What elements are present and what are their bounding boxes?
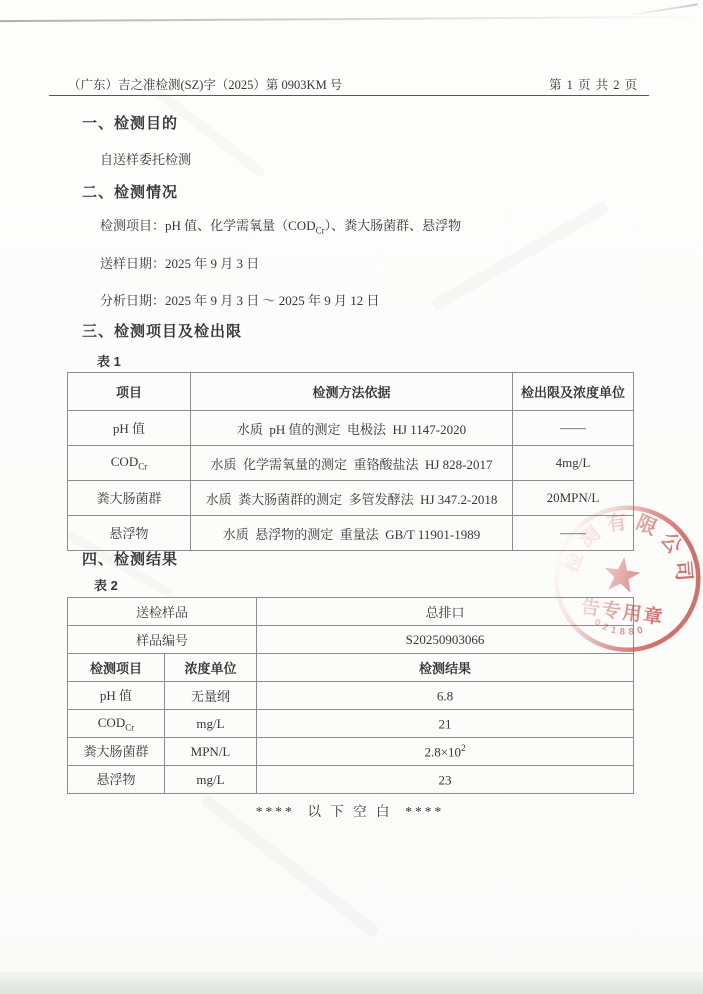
item-subscript: Cr <box>138 462 147 472</box>
t2-item: 悬浮物 <box>68 766 165 794</box>
section3-title: 三、检测项目及检出限 <box>82 320 242 341</box>
table-row: 检测项目 浓度单位 检测结果 <box>68 654 634 682</box>
table-row: 粪大肠菌群 水质 粪大肠菌群的测定 多管发酵法 HJ 347.2-2018 20… <box>68 481 634 516</box>
t2-unit: mg/L <box>165 710 257 738</box>
test-items-line: 检测项目：pH 值、化学需氧量（CODCr）、粪大肠菌群、悬浮物 <box>100 215 461 236</box>
report-page: （广东）吉之准检测(SZ)字（2025）第 0903KM 号 第 1 页 共 2… <box>0 0 703 994</box>
section4-title: 四、检测结果 <box>82 548 178 569</box>
item-text: 悬浮物 <box>96 772 135 787</box>
result-superscript: 2 <box>461 743 466 753</box>
item-subscript: Cr <box>125 722 134 732</box>
t1-method: 水质 pH 值的测定 电极法 HJ 1147-2020 <box>191 411 513 446</box>
header-rule <box>49 95 649 96</box>
table-row: pH 值 无量纲 6.8 <box>68 682 634 710</box>
t1-item: pH 值 <box>68 411 191 446</box>
analysis-date-line: 分析日期：2025 年 9 月 3 日 ～ 2025 年 9 月 12 日 <box>100 290 380 309</box>
t2-result: 2.8×102 <box>257 738 634 766</box>
scan-edge-artifact <box>626 3 697 16</box>
item-text: 粪大肠菌群 <box>83 744 148 759</box>
company-seal-stamp: 检测有限公司 告专用章 021880 <box>534 486 703 676</box>
t2-item: pH 值 <box>68 682 165 710</box>
table-methods: 项目 检测方法依据 检出限及浓度单位 pH 值 水质 pH 值的测定 电极法 H… <box>67 372 634 551</box>
page-indicator: 第 1 页 共 2 页 <box>549 75 638 93</box>
t2-info-label: 样品编号 <box>68 626 257 654</box>
result-text: 6.8 <box>437 688 453 703</box>
t1-limit: —— <box>513 411 634 446</box>
item-text: COD <box>98 715 125 730</box>
t2-header-unit: 浓度单位 <box>165 654 257 682</box>
t2-unit: MPN/L <box>165 738 257 766</box>
test-items-pre: 检测项目：pH 值、化学需氧量（COD <box>100 218 316 233</box>
seal-graphic: 检测有限公司 告专用章 021880 <box>534 486 703 676</box>
item-text: pH 值 <box>100 688 132 703</box>
test-items-post: ）、粪大肠菌群、悬浮物 <box>325 218 462 233</box>
t2-item: CODCr <box>68 710 165 738</box>
t2-unit: mg/L <box>165 766 257 794</box>
blank-below-marker: **** 以 下 空 白 **** <box>67 800 633 820</box>
t2-item: 粪大肠菌群 <box>68 738 165 766</box>
result-text: 23 <box>439 772 452 787</box>
t1-limit: 4mg/L <box>513 446 634 481</box>
send-date-line: 送样日期：2025 年 9 月 3 日 <box>100 253 259 272</box>
t2-unit: 无量纲 <box>165 682 257 710</box>
item-text: COD <box>111 454 138 469</box>
item-text: 悬浮物 <box>109 526 148 541</box>
test-items-subscript: Cr <box>316 226 325 236</box>
section1-body: 自送样委托检测 <box>100 149 191 168</box>
t1-method: 水质 粪大肠菌群的测定 多管发酵法 HJ 347.2-2018 <box>191 481 513 516</box>
t1-header-item: 项目 <box>68 373 191 411</box>
table-row: 粪大肠菌群 MPN/L 2.8×102 <box>68 738 634 766</box>
t2-result: 23 <box>257 766 634 794</box>
t1-header-limit: 检出限及浓度单位 <box>513 373 634 411</box>
t1-item: 悬浮物 <box>68 516 191 551</box>
result-text: 21 <box>439 716 452 731</box>
scan-edge-artifact <box>0 16 703 22</box>
seal-label-text: 告专用章 <box>579 595 665 629</box>
report-number: （广东）吉之准检测(SZ)字（2025）第 0903KM 号 <box>68 75 342 93</box>
t2-result: 6.8 <box>257 682 634 710</box>
table-row: CODCr 水质 化学需氧量的测定 重铬酸盐法 HJ 828-2017 4mg/… <box>68 446 634 481</box>
section1-title: 一、检测目的 <box>82 112 178 133</box>
t1-method: 水质 悬浮物的测定 重量法 GB/T 11901-1989 <box>191 516 513 551</box>
t1-header-method: 检测方法依据 <box>191 373 513 411</box>
t2-info-label: 送检样品 <box>68 598 257 626</box>
table-row: CODCr mg/L 21 <box>68 710 634 738</box>
scan-edge-artifact <box>0 972 703 994</box>
table2-label: 表 2 <box>94 575 118 594</box>
table-row: 项目 检测方法依据 检出限及浓度单位 <box>68 373 634 411</box>
t2-header-item: 检测项目 <box>68 654 165 682</box>
table1-label: 表 1 <box>97 351 121 370</box>
t1-item: 粪大肠菌群 <box>68 481 191 516</box>
t1-method: 水质 化学需氧量的测定 重铬酸盐法 HJ 828-2017 <box>191 446 513 481</box>
result-text: 2.8×10 <box>424 744 461 759</box>
table-row: 悬浮物 mg/L 23 <box>68 766 634 794</box>
table-row: pH 值 水质 pH 值的测定 电极法 HJ 1147-2020 —— <box>68 411 634 446</box>
item-text: pH 值 <box>113 421 145 436</box>
t1-item: CODCr <box>68 446 191 481</box>
t2-result: 21 <box>257 710 634 738</box>
section2-title: 二、检测情况 <box>82 181 178 202</box>
item-text: 粪大肠菌群 <box>96 491 161 506</box>
seal-star-icon <box>602 555 643 594</box>
